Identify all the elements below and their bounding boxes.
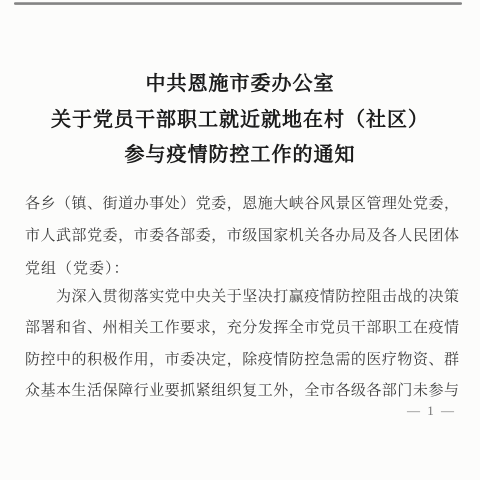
- addressee-paragraph: 各乡（镇、街道办事处）党委，恩施大峡谷风景区管理处党委， 市人武部党委，市委各部…: [25, 188, 459, 285]
- title-line-2: 关于党员干部职工就近就地在村（社区）: [0, 103, 480, 139]
- body-text-line: 为深入贯彻落实党中央关于坚决打赢疫情防控阻击战的决策: [25, 282, 459, 313]
- top-divider-rule: [14, 2, 462, 5]
- body-text-line: 众基本生活保障行业要抓紧组织复工外，全市各级各部门未参与: [25, 376, 459, 407]
- page-number: — 1 —: [407, 403, 456, 419]
- body-text-line: 防控中的积极作用，市委决定，除疫情防控急需的医疗物资、群: [25, 345, 459, 376]
- body-text-line: 党组（党委）：: [25, 253, 459, 285]
- body-text-line: 各乡（镇、街道办事处）党委，恩施大峡谷风景区管理处党委，: [25, 188, 459, 220]
- body-text-line: 部署和省、州相关工作要求，充分发挥全市党员干部职工在疫情: [25, 313, 459, 344]
- title-line-1: 中共恩施市委办公室: [0, 67, 480, 103]
- document-page: 中共恩施市委办公室 关于党员干部职工就近就地在村（社区） 参与疫情防控工作的通知…: [0, 0, 480, 480]
- document-title: 中共恩施市委办公室 关于党员干部职工就近就地在村（社区） 参与疫情防控工作的通知: [0, 67, 480, 174]
- title-line-3: 参与疫情防控工作的通知: [0, 138, 480, 174]
- body-paragraph: 为深入贯彻落实党中央关于坚决打赢疫情防控阻击战的决策 部署和省、州相关工作要求，…: [25, 282, 459, 407]
- body-text-line: 市人武部党委，市委各部委，市级国家机关各办局及各人民团体: [25, 220, 459, 252]
